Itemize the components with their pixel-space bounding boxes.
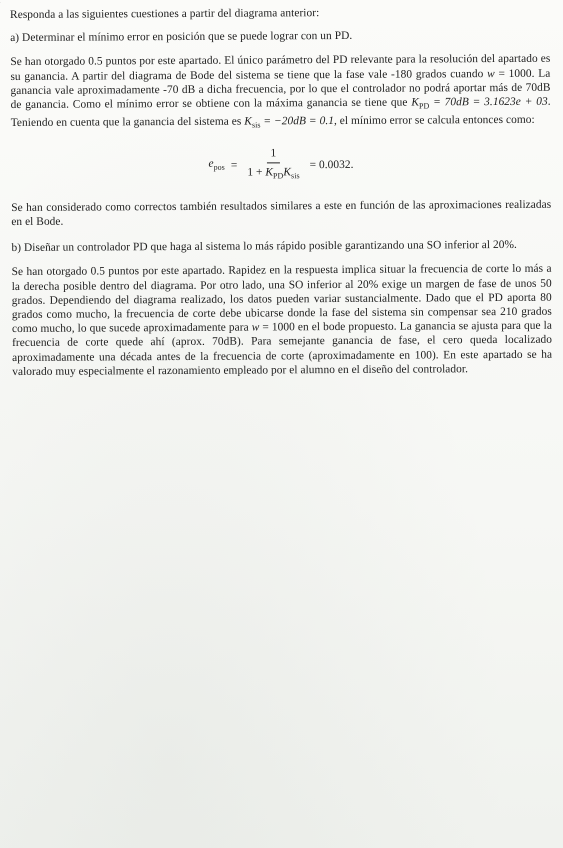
denominator-ksis-subscript: sis [291, 171, 300, 180]
error-equation: epos = 1 1 + KPDKsis = 0.0032. [11, 145, 551, 185]
answer-a-paragraph-2: Se han considerado como correctos tambié… [11, 198, 551, 230]
fraction: 1 1 + KPDKsis [243, 147, 303, 184]
question-b-label: b) [11, 242, 21, 254]
denominator-prefix: 1 + [247, 166, 265, 178]
document-body: Responda a las siguientes cuestiones a p… [10, 5, 552, 387]
question-b: b) Diseñar un controlador PD que haga al… [11, 238, 551, 256]
denominator-ksis: K [283, 166, 291, 178]
denominator-kpd: K [265, 166, 273, 178]
answer-a-paragraph-1: Se han otorgado 0.5 puntos por este apar… [10, 52, 550, 134]
equals-sign: = [231, 158, 238, 172]
omega-value-b: = 1000 [259, 322, 295, 334]
question-a-text: Determinar el mínimo error en posición q… [22, 30, 352, 44]
answer-a-text-4: , el mínimo error se calcula entonces co… [334, 114, 535, 127]
fraction-denominator: 1 + KPDKsis [243, 163, 303, 184]
answer-b-paragraph: Se han otorgado 0.5 puntos por este apar… [12, 262, 553, 379]
fraction-numerator: 1 [266, 147, 280, 163]
intro-text: Responda a las siguientes cuestiones a p… [10, 5, 550, 23]
answer-a-text-1: Se han otorgado 0.5 puntos por este apar… [10, 53, 550, 83]
denominator-kpd-subscript: PD [273, 171, 283, 180]
kpd-subscript: PD [419, 101, 429, 110]
epos-subscript: pos [214, 162, 225, 171]
equation-result: = 0.0032. [310, 157, 354, 171]
equation-lhs: epos [208, 156, 224, 174]
question-b-text: Diseñar un controlador PD que haga al si… [24, 239, 517, 254]
omega-value: = 1000 [495, 67, 532, 79]
ksis-subscript: sis [252, 121, 261, 130]
question-a: a) Determinar el mínimo error en posició… [10, 28, 550, 46]
scanned-page: Responda a las siguientes cuestiones a p… [0, 0, 563, 848]
ksis-expression: = −20dB = 0.1 [260, 115, 334, 127]
question-a-label: a) [10, 32, 19, 44]
kpd-expression: = 70dB = 3.1623e + 03 [429, 96, 547, 109]
